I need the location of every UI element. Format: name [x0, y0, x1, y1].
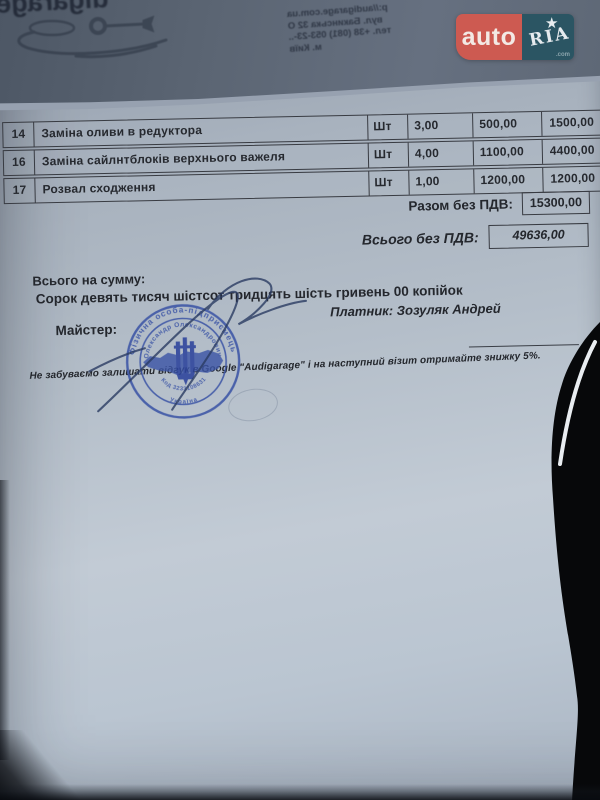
row-number: 14 [3, 123, 34, 148]
bottom-edge-shadow [0, 784, 600, 800]
left-edge-shadow [0, 480, 10, 760]
unit-cell: Шт [368, 115, 408, 140]
photo-of-invoice: 14 Заміна оливи в редуктора Шт 3,00 500,… [0, 0, 600, 800]
total-row: Всього без ПДВ: 49636,00 [0, 223, 589, 259]
price-cell: 500,00 [473, 112, 542, 137]
sum-cell: 1200,00 [543, 166, 600, 191]
total-value: 49636,00 [488, 223, 588, 249]
total-label: Всього без ПДВ: [362, 229, 479, 247]
row-number: 17 [4, 178, 35, 203]
auto-logo-box: auto [456, 14, 522, 60]
qty-cell: 1,00 [409, 169, 474, 194]
ria-tld-label: .com [556, 52, 570, 58]
service-items-table: 14 Заміна оливи в редуктора Шт 3,00 500,… [2, 110, 588, 122]
ria-logo-label: RIA [527, 23, 571, 51]
subtotal-value: 15300,00 [522, 191, 590, 215]
qty-cell: 4,00 [409, 141, 474, 166]
mirrored-line: м. Київ [289, 41, 322, 55]
service-name: Заміна оливи в редуктора [34, 116, 368, 147]
unit-cell: Шт [369, 143, 409, 168]
sum-cell: 4400,00 [543, 138, 600, 163]
ria-logo-box: ★ RIA .com [522, 14, 574, 60]
payer-label: Платник: Зозуляк Андрей [330, 301, 501, 320]
price-cell: 1100,00 [474, 140, 543, 165]
handwritten-signature [57, 254, 351, 435]
auto-ria-watermark: auto ★ RIA .com [456, 14, 574, 60]
sum-cell: 1500,00 [542, 110, 600, 135]
qty-cell: 3,00 [408, 113, 473, 138]
price-cell: 1200,00 [474, 168, 543, 193]
subtotal-label: Разом без ПДВ: [408, 196, 513, 213]
row-number: 16 [4, 151, 35, 176]
service-name: Заміна сайлнтблоків верхнього важеля [35, 144, 369, 175]
showthrough-car-wrench-logo [6, 12, 176, 62]
auto-logo-label: auto [462, 23, 517, 52]
foreground-black-object [510, 322, 600, 800]
unit-cell: Шт [369, 171, 409, 196]
